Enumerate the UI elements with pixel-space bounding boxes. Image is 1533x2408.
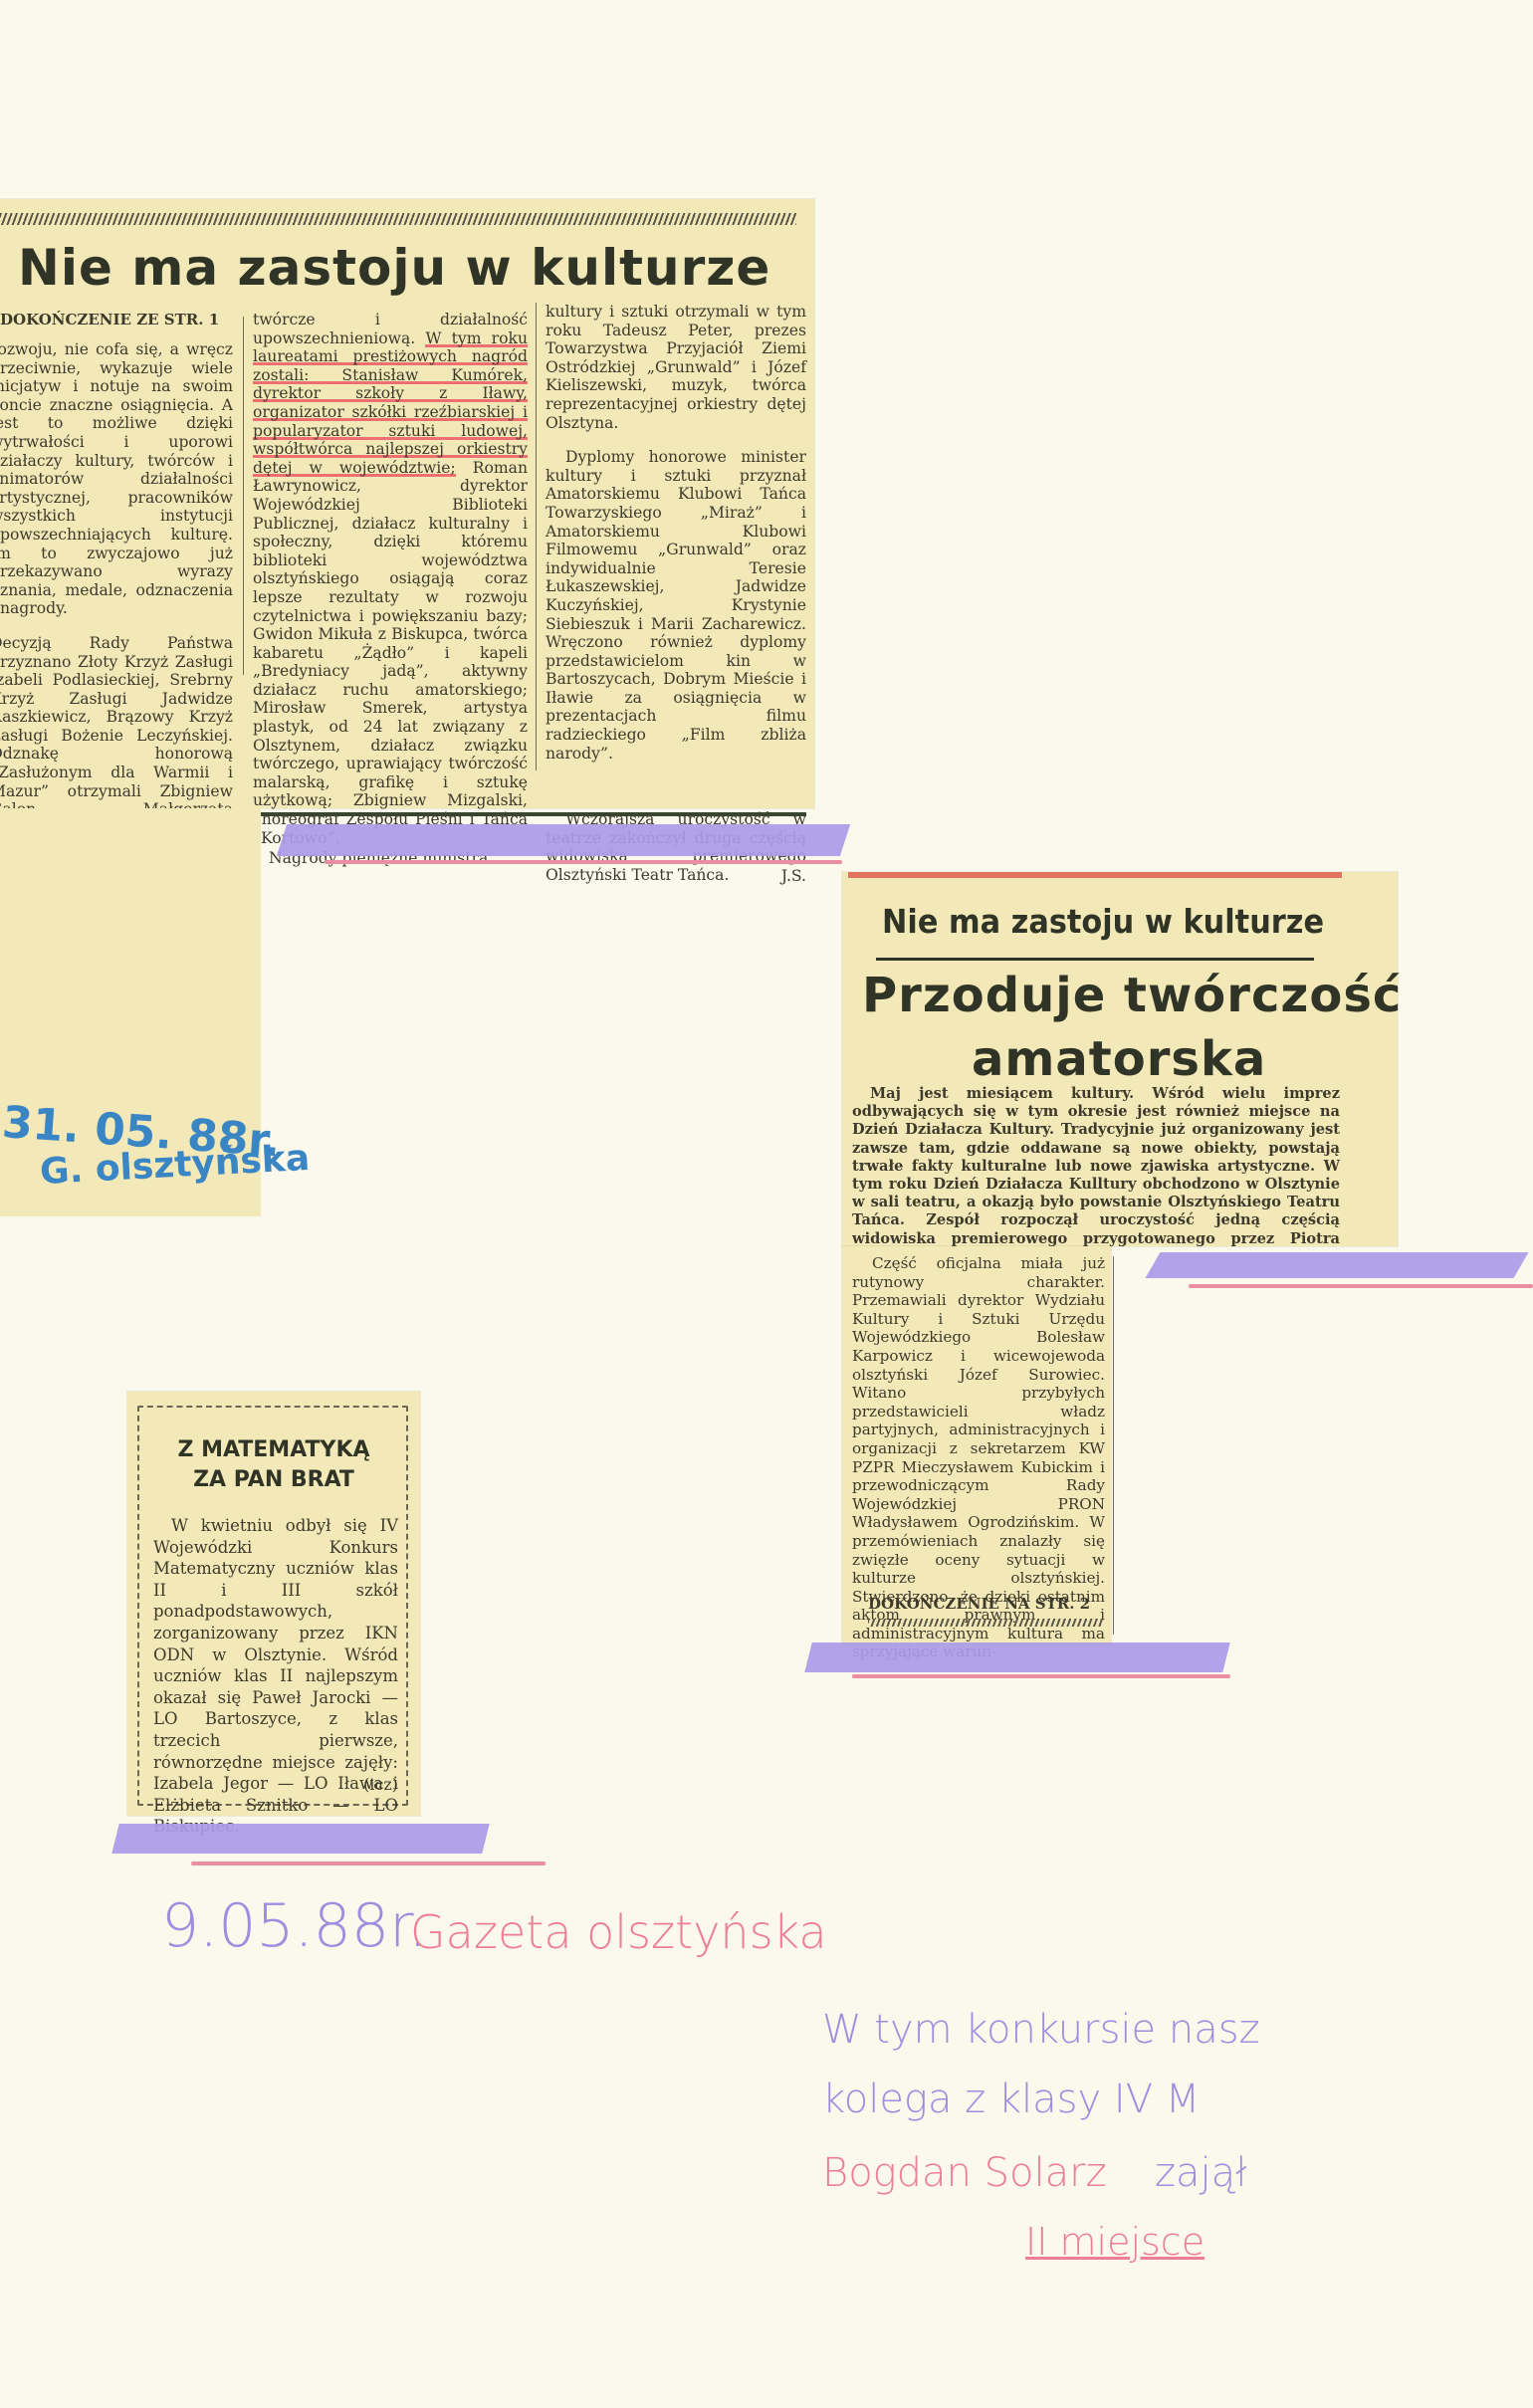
column-divider	[536, 303, 537, 770]
pink-underline	[325, 860, 842, 864]
hatched-top-border	[0, 213, 796, 225]
headline-line-2: amatorska	[972, 1031, 1266, 1087]
tape-strip	[1145, 1252, 1528, 1278]
red-top-border	[848, 872, 1342, 878]
clipping-przoduje-tworczosc: Nie ma zastoju w kulturze Przoduje twórc…	[842, 872, 1398, 1246]
pink-underline	[1189, 1284, 1533, 1288]
handwritten-note-verb: zajął	[1155, 2150, 1247, 2196]
handwritten-note-line-2: kolega z klasy IV M	[822, 2077, 1200, 2122]
headline-line-1: Przoduje twórczość	[862, 968, 1402, 1023]
headline: Nie ma zastoju w kulturze	[18, 239, 770, 297]
headline-line-1: Z MATEMATYKĄ	[127, 1437, 420, 1462]
headline-line-2: ZA PAN BRAT	[127, 1467, 420, 1492]
clipping-nie-ma-zastoju: Nie ma zastoju w kulturze DOKOŃCZENIE ZE…	[0, 199, 814, 808]
clipping-z-matematyka: Z MATEMATYKĄ ZA PAN BRAT W kwietniu odby…	[127, 1392, 420, 1816]
tape-strip	[277, 824, 850, 856]
continuation-label: DOKOŃCZENIE NA STR. 2	[868, 1595, 1090, 1613]
body-paragraph: W kwietniu odbył się IV Wojewódzki Konku…	[153, 1515, 398, 1838]
paragraph: rozwoju, nie cofa się, a wręcz przeciwni…	[0, 340, 233, 618]
pink-underline	[852, 1674, 1230, 1678]
column-3: kultury i sztuki otrzymali w tym roku Ta…	[546, 303, 806, 885]
kicker: Nie ma zastoju w kulturze	[882, 902, 1324, 941]
pink-underline	[191, 1861, 546, 1865]
column-1: rozwoju, nie cofa się, a wręcz przeciwni…	[0, 340, 233, 808]
clipping-przoduje-body: Część oficjalna miała już rutynowy chara…	[842, 1246, 1111, 1644]
tape-strip	[804, 1642, 1229, 1672]
bottom-rule	[249, 812, 806, 816]
handwritten-student-name: Bogdan Solarz	[822, 2150, 1107, 2196]
handwritten-source: Gazeta olsztyńska	[410, 1905, 827, 1959]
signature: (icz)	[363, 1775, 398, 1794]
paragraph-rest: Roman Ławrynowicz, dyrektor Wojewódzkiej…	[253, 459, 528, 847]
paragraph: kultury i sztuki otrzymali w tym roku Ta…	[546, 303, 806, 432]
continuation-label: DOKOŃCZENIE ZE STR. 1	[0, 311, 219, 328]
hatched-bottom-border	[868, 1619, 1103, 1627]
paragraph: Dyplomy honorowe minister kultury i sztu…	[546, 448, 806, 763]
column-divider	[243, 317, 244, 675]
column-2: twórcze i działalność upowszechnieniową.…	[253, 311, 528, 868]
lead-paragraph: Maj jest miesiącem kultury. Wśród wielu …	[852, 1085, 1340, 1266]
red-underlined-passage: W tym roku laureatami prestiżowych nagró…	[253, 329, 528, 477]
tape-strip	[111, 1824, 489, 1854]
kicker-rule	[876, 958, 1314, 961]
handwritten-date: 9.05.88r.	[161, 1891, 427, 1961]
column-divider	[1113, 1256, 1114, 1635]
handwritten-place: II miejsce	[1025, 2220, 1204, 2264]
handwritten-note-line-1: W tym konkursie nasz	[822, 2007, 1260, 2053]
paragraph: Decyzją Rady Państwa przyznano Złoty Krz…	[0, 634, 233, 808]
